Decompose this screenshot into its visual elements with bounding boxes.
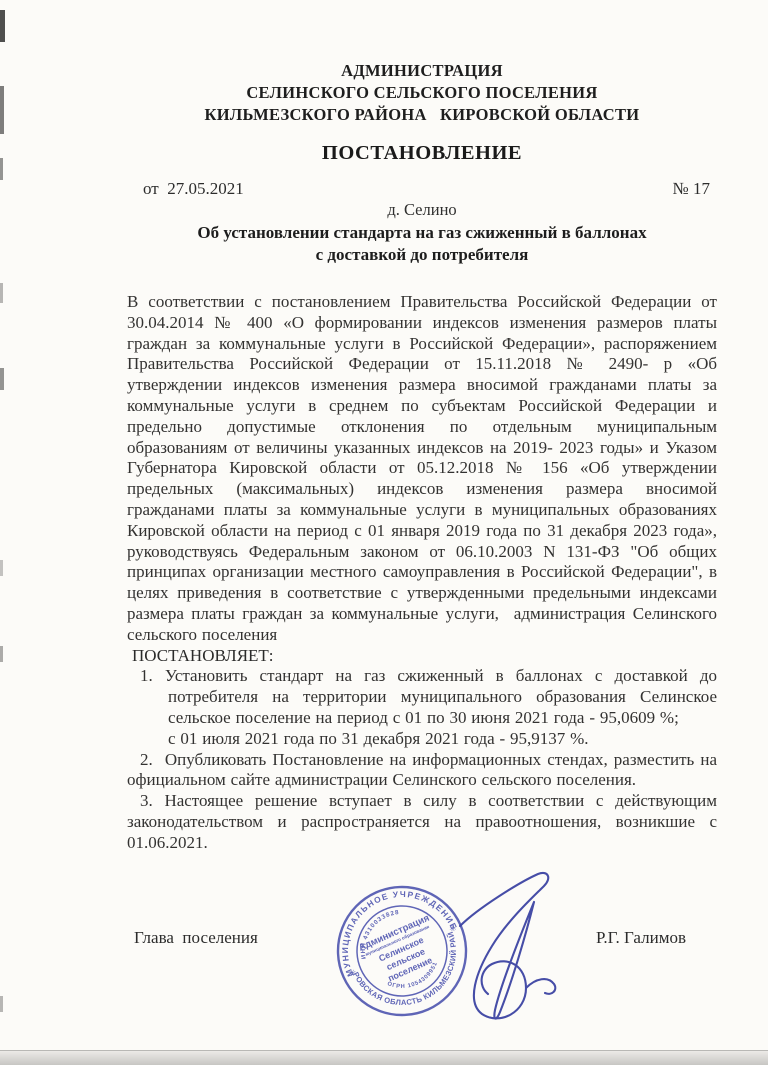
list-item: 1. Установить стандарт на газ сжиженный …	[127, 666, 717, 749]
scan-edge-artifact	[0, 283, 3, 303]
list-item: 3. Настоящее решение вступает в силу в с…	[127, 791, 717, 853]
scan-edge-artifact	[0, 368, 4, 390]
signer-name: Р.Г. Галимов	[596, 928, 686, 948]
signature-stroke-curl	[526, 979, 555, 994]
document-body: В соответствии с постановлением Правител…	[127, 292, 717, 854]
letterhead-organization: АДМИНИСТРАЦИЯ СЕЛИНСКОГО СЕЛЬСКОГО ПОСЕЛ…	[0, 60, 768, 126]
handwritten-signature	[438, 862, 573, 1034]
document-number: № 17	[673, 179, 710, 199]
document-date: от 27.05.2021	[143, 179, 244, 199]
preamble-paragraph: В соответствии с постановлением Правител…	[127, 292, 717, 646]
document-place: д. Селино	[0, 200, 768, 220]
document-type-heading: ПОСТАНОВЛЕНИЕ	[0, 142, 768, 165]
document-meta-row: от 27.05.2021 № 17	[143, 179, 710, 199]
scan-bottom-band	[0, 1050, 768, 1065]
scan-edge-artifact	[0, 10, 5, 42]
signer-title: Глава поселения	[134, 928, 258, 948]
item-text: Настоящее решение вступает в силу в соот…	[127, 791, 717, 852]
scan-edge-artifact	[0, 646, 3, 662]
scan-edge-artifact	[0, 86, 4, 134]
item-number: 3.	[140, 791, 153, 810]
scan-edge-artifact	[0, 158, 3, 180]
resolution-items: 1. Установить стандарт на газ сжиженный …	[127, 666, 717, 853]
document-subject-title: Об установлении стандарта на газ сжиженн…	[0, 222, 768, 266]
scan-edge-artifact	[0, 560, 3, 576]
item-number: 2.	[140, 750, 153, 769]
list-item: 2. Опубликовать Постановление на информа…	[127, 750, 717, 792]
item-number: 1.	[140, 666, 153, 685]
resolves-line: ПОСТАНОВЛЯЕТ:	[127, 646, 717, 667]
item-text: Установить стандарт на газ сжиженный в б…	[165, 666, 717, 747]
signature-stroke-main	[460, 873, 548, 1018]
item-text: Опубликовать Постановление на информацио…	[127, 750, 717, 790]
scan-edge-artifact	[0, 996, 3, 1012]
scanned-document-page: АДМИНИСТРАЦИЯ СЕЛИНСКОГО СЕЛЬСКОГО ПОСЕЛ…	[0, 0, 768, 1065]
